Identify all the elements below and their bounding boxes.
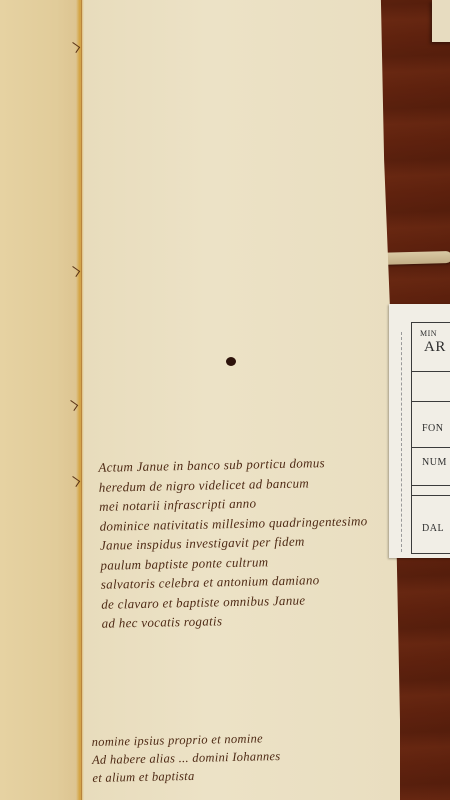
label-header: MIN (420, 329, 437, 338)
label-field-numero: NUM (422, 457, 447, 468)
binding-gutter (76, 0, 84, 800)
label-field-dal: DAL (422, 523, 444, 534)
label-frame: MIN AR FON NUM DAL (411, 322, 450, 554)
handwritten-main-text: Actum Janue in banco sub porticu domus h… (98, 452, 370, 633)
archive-label: MIN AR FON NUM DAL (389, 304, 450, 558)
left-page (0, 0, 80, 800)
label-title: AR (424, 339, 446, 356)
paper-corner (432, 0, 450, 42)
label-field-fondo: FON (422, 423, 444, 434)
ink-blot (226, 357, 236, 366)
right-page (82, 0, 400, 800)
handwritten-bottom-text: nomine ipsius proprio et nomine Ad haber… (91, 729, 281, 787)
label-perforation (401, 332, 402, 552)
